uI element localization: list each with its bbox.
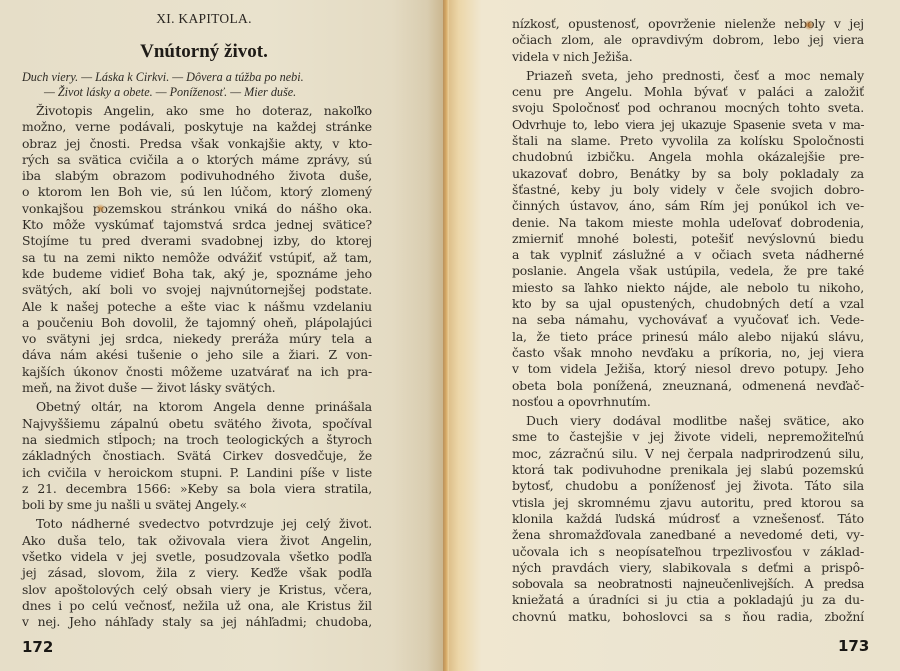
text-line: la, že tieto práce prinesú málo alebo ni… [512,329,864,345]
chapter-summary: Duch viery. — Láska k Cirkvi. — Dôvera a… [22,70,372,100]
text-line: Duch viery dodával modlitbe našej svätic… [512,413,864,429]
text-line: učovala ich s neopísateľnou trpezlivosťo… [512,544,864,560]
text-line: poslanie. Angela však ustúpila, vedela, … [512,263,864,279]
page-number-left: 172 [22,638,53,656]
text-line: meň, na život duše — život lásky svätých… [22,380,372,396]
text-line: chudobnú izbičku. Angela mohla okázalejš… [512,149,864,165]
chapter-title: Vnútorný život. [0,41,408,63]
text-line: sme to častejšie v jej živote videli, ne… [512,429,864,445]
text-line: Najvyššiemu zápalnú obetu svätého života… [22,416,372,432]
text-line: často však mnoho nevďaku a príkoria, no,… [512,345,864,361]
text-line: dáva nám akési tušenie o jeho sile a žia… [22,347,372,363]
text-line: Kto môže vyskúmať tajomstvá srdca jednej… [22,217,372,233]
text-line: kde budeme vidieť Boha tak, aký je, spoz… [22,266,372,282]
text-line: v tom videla Ježiša, ktorý niesol drevo … [512,361,864,377]
text-line: Ale k našej poteche a ešte viac k nášmu … [22,299,372,315]
text-line: obraz jej čnosti. Predsa však vonkajšie … [22,136,372,152]
summary-line-1: Duch viery. — Láska k Cirkvi. — Dôvera a… [22,70,304,84]
book-spread: XI. KAPITOLA. Vnútorný život. Duch viery… [0,0,900,671]
text-line: klonila každá ľudská múdrosť a vznešenos… [512,511,864,527]
text-line: vonkajšou pozemskou stránkou vniká do ná… [22,201,372,217]
text-line: kajších úkonov čnosti môžeme uzatvárať n… [22,364,372,380]
text-line: štali na slame. Preto vyvolila za kolísk… [512,133,864,149]
text-line: Obetný oltár, na ktorom Angela denne pri… [22,399,372,415]
text-line: Ako duša telo, tak oživovala viera život… [22,533,372,549]
text-line: denie. Na takom mieste mohla udeľovať do… [512,215,864,231]
text-line: šťastné, keby ju boly videly v čele svoj… [512,182,864,198]
text-line: Priazeň sveta, jeho prednosti, česť a mo… [512,68,864,84]
text-line: moc, zázračnú silu. V nej čerpala nadpri… [512,446,864,462]
text-line: vtisla jej skromnému zjavu autoritu, pre… [512,495,864,511]
right-page: nízkosť, opustenosť, opovrženie nielenže… [445,0,900,671]
age-stain [96,204,105,213]
text-line: nosťou a opovrhnutím. [512,394,864,410]
text-line: chovnú matku, bohoslovci sa s ňou radia,… [512,609,864,625]
text-line: Toto nádherné svedectvo potvrdzuje jej c… [22,516,372,532]
text-line: na seba námahu, vychovávať a vyučovať ic… [512,312,864,328]
text-line: zmierniť mnohé bolesti, potešiť nevýslov… [512,231,864,247]
text-line: rých sa svätica cvičila a o ktorých máme… [22,152,372,168]
text-line: žena shromažďovala zanedbané a nevedomé … [512,527,864,543]
left-body-text: Životopis Angelin, ako sme ho doteraz, n… [22,103,372,631]
text-line: a poučeniu Boh dovolil, že tajomný oheň,… [22,315,372,331]
page-number-right: 173 [838,637,869,655]
text-line: dnes i po celú večnosť, nežila už ona, a… [22,598,372,614]
text-line: boli by sme ju našli u svätej Angely.« [22,497,372,513]
text-line: z 21. decembra 1566: »Keby sa bola viera… [22,481,372,497]
age-stain [804,20,814,30]
text-line: očiach zlom, ale opravdivým dobrom, lebo… [512,32,864,48]
text-line: Stojíme tu pred dverami svadobnej izby, … [22,233,372,249]
text-line: bytosť, chudobu a poníženosť jej života.… [512,478,864,494]
summary-line-2: — Život lásky a obete. — Poníženosť. — M… [22,85,372,100]
text-line: svoju Spoločnosť pod ochranou mocných to… [512,100,864,116]
text-line: jej zásad, slovom, žila z viery. Keďže v… [22,565,372,581]
text-line: možno, verne podávali, poskytuje na každ… [22,119,372,135]
text-line: sa tu na zemi nikto nemôže odvážiť vstúp… [22,250,372,266]
chapter-label: XI. KAPITOLA. [0,11,408,27]
text-line: cenu pre Angelu. Mohla bývať v paláci a … [512,84,864,100]
text-line: miesto sa ľahko niekto nájde, ale nebolo… [512,280,864,296]
text-line: ukazovať dobro, Benátky by sa boly pokla… [512,166,864,182]
text-line: ktorá tak podivuhodne prenikala jej slab… [512,462,864,478]
text-line: obeta bola ponížená, zneuznaná, odmenená… [512,378,864,394]
text-line: vo svätyni jej srdca, niekedy preráža mú… [22,331,372,347]
text-line: svätých, akí boli vo svojej najvnútornej… [22,282,372,298]
text-line: a tak vyplniť záslužné a v očiach sveta … [512,247,864,263]
text-line: Životopis Angelin, ako sme ho doteraz, n… [22,103,372,119]
left-page: XI. KAPITOLA. Vnútorný život. Duch viery… [0,0,445,671]
right-body-text: nízkosť, opustenosť, opovrženie nielenže… [512,16,864,625]
text-line: kniežatá a úradníci si ju ctia a poklada… [512,592,864,608]
text-line: sobovala sa neobratnosti najneučenlivejš… [512,576,864,592]
text-line: ich cvičila v heroickom stupni. P. Landi… [22,465,372,481]
text-line: na siedmich stĺpoch; na troch teologický… [22,432,372,448]
text-line: činných ústavov, áno, sám Rím jej ponúko… [512,198,864,214]
text-line: základných čnostiach. Svätá Cirkev dosve… [22,448,372,464]
text-line: v nej. Jeho náhľady staly sa jej náhľadm… [22,614,372,630]
text-line: kto by sa ujal opustených, chudobných de… [512,296,864,312]
text-line: ných pravdách viery, slabikovala s deťmi… [512,560,864,576]
text-line: slov apoštolových celý obsah viery je Kr… [22,582,372,598]
text-line: iba slabým obrazom podivuhodného života … [22,168,372,184]
text-line: všetko videla v jej svetle, posudzovala … [22,549,372,565]
text-line: Odvrhuje to, lebo viera jej ukazuje Spas… [512,117,864,133]
book-gutter [443,0,449,671]
text-line: videla v nich Ježiša. [512,49,864,65]
text-line: o ktorom len Boh vie, sú len lúčom, ktor… [22,184,372,200]
